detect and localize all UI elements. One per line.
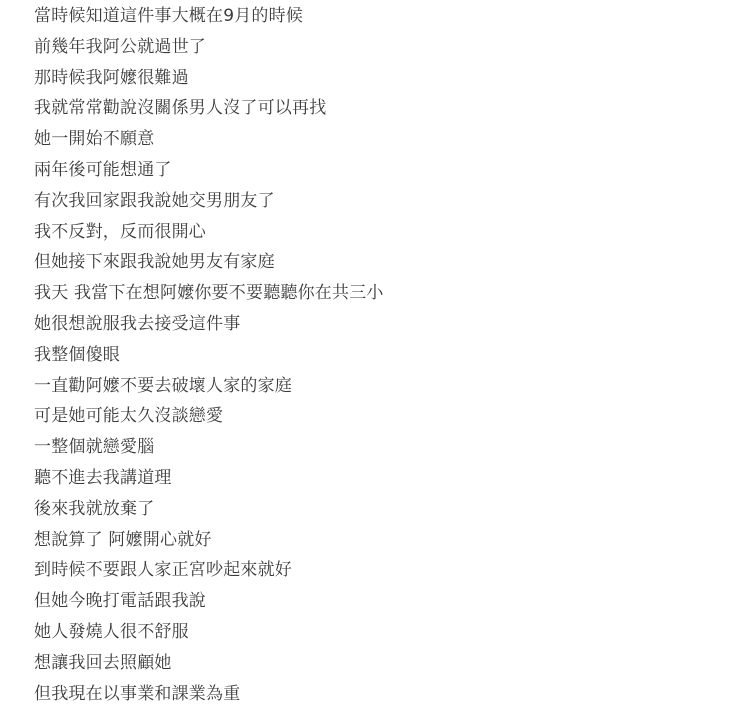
post-line: 一直勸阿嬤不要去破壞人家的家庭 [34,371,734,402]
post-line: 後來我就放棄了 [34,494,734,525]
post-line: 但她今晚打電話跟我說 [34,586,734,617]
post-line: 兩年後可能想通了 [34,155,734,186]
post-line: 我天 我當下在想阿嬤你要不要聽聽你在共三小 [34,278,734,309]
post-line: 她一開始不願意 [34,124,734,155]
post-line: 我就常常勸說沒關係男人沒了可以再找 [34,93,734,124]
post-line: 我不反對，反而很開心 [34,217,734,248]
post-line: 有次我回家跟我說她交男朋友了 [34,186,734,217]
post-body: 當時候知道這件事大概在9月的時候 前幾年我阿公就過世了 那時候我阿嬤很難過 我就… [34,1,734,709]
post-line: 她很想說服我去接受這件事 [34,309,734,340]
post-line: 到時候不要跟人家正宮吵起來就好 [34,555,734,586]
post-line: 一整個就戀愛腦 [34,432,734,463]
post-line: 想說算了 阿嬤開心就好 [34,525,734,556]
post-line: 想讓我回去照顧她 [34,648,734,679]
post-line: 可是她可能太久沒談戀愛 [34,401,734,432]
post-line: 我整個傻眼 [34,340,734,371]
post-line: 她人發燒人很不舒服 [34,617,734,648]
post-line: 聽不進去我講道理 [34,463,734,494]
post-line: 當時候知道這件事大概在9月的時候 [34,1,734,32]
post-line: 但她接下來跟我說她男友有家庭 [34,247,734,278]
post-line: 前幾年我阿公就過世了 [34,32,734,63]
post-line: 那時候我阿嬤很難過 [34,63,734,94]
post-line: 但我現在以事業和課業為重 [34,679,734,710]
